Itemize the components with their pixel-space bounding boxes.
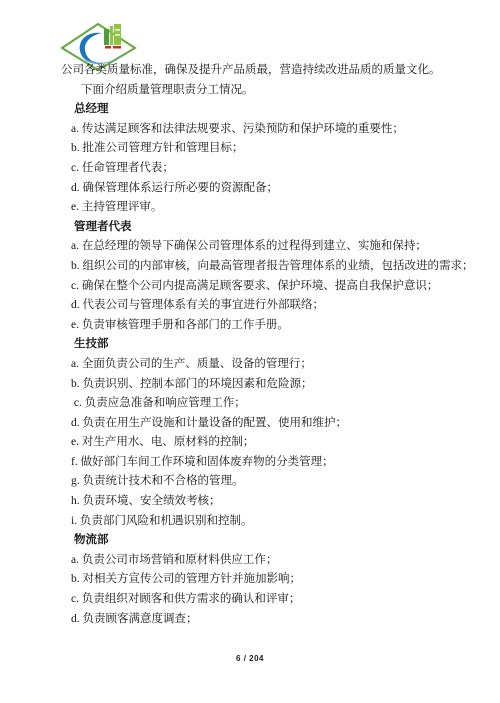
list-item: c. 任命管理者代表； [71, 159, 466, 179]
list-item: a. 负责公司市场营销和原材料供应工作； [71, 551, 466, 571]
document-body: 公司各类质量标准，确保及提升产品质最，营造持续改进品质的质量文化。 下面介绍质量… [61, 61, 466, 629]
list-item: c. 负责组织对顾客和供方需求的确认和评审； [71, 590, 466, 610]
list-item: b. 负责识别、控制本部门的环境因素和危险源； [71, 375, 466, 395]
section-heading-general-manager: 总经理 [74, 100, 466, 120]
logo-swoosh-icon [80, 33, 104, 64]
list-item: e. 主持管理评审。 [71, 198, 466, 218]
list-item: d. 代表公司与管理体系有关的事宜进行外部联络； [71, 296, 466, 316]
list-item: a. 在总经理的领导下确保公司管理体系的过程得到建立、实施和保持； [71, 237, 466, 257]
intro-paragraph: 公司各类质量标准，确保及提升产品质最，营造持续改进品质的质量文化。 [61, 61, 466, 81]
list-item: f. 做好部门车间工作环境和固体废弃物的分类管理； [71, 453, 466, 473]
list-item: c. 负责应急准备和响应管理工作； [71, 394, 466, 414]
list-item: d. 负责顾客满意度调查； [71, 610, 466, 630]
list-item: d. 确保管理体系运行所必要的资源配备； [71, 179, 466, 199]
list-item: e. 负责审核管理手册和各部门的工作手册。 [71, 316, 466, 336]
section-heading-production-tech-dept: 生技部 [74, 335, 466, 355]
document-page: 公司各类质量标准，确保及提升产品质最，营造持续改进品质的质量文化。 下面介绍质量… [0, 0, 500, 703]
list-item: b. 对相关方宣传公司的管理方针并施加影响； [71, 570, 466, 590]
list-item: a. 全面负责公司的生产、质量、设备的管理行； [71, 355, 466, 375]
page-number: 6 / 204 [0, 654, 500, 663]
list-item: g. 负责统计技术和不合格的管理。 [71, 472, 466, 492]
list-item: d. 负责在用生产设施和计量设备的配置、使用和维护； [71, 414, 466, 434]
list-item: e. 对生产用水、电、原材料的控制； [71, 433, 466, 453]
section-heading-logistics-dept: 物流部 [74, 531, 466, 551]
list-item: h. 负责环境、安全绩效考核； [71, 492, 466, 512]
intro-paragraph: 下面介绍质量管理职责分工情况。 [61, 81, 466, 101]
list-item: b. 组织公司的内部审核，向最高管理者报告管理体系的业绩，包括改进的需求； [71, 257, 466, 277]
logo-buildings-icon [104, 24, 121, 49]
section-heading-management-representative: 管理者代表 [74, 218, 466, 238]
list-item: b. 批准公司管理方针和管理目标； [71, 139, 466, 159]
list-item: i. 负责部门风险和机遇识别和控制。 [71, 512, 466, 532]
list-item: c. 确保在整个公司内提高满足顾客要求、保护环境、提高自我保护意识； [71, 277, 466, 297]
list-item: a. 传达满足顾客和法律法规要求、污染预防和保护环境的重要性； [71, 120, 466, 140]
